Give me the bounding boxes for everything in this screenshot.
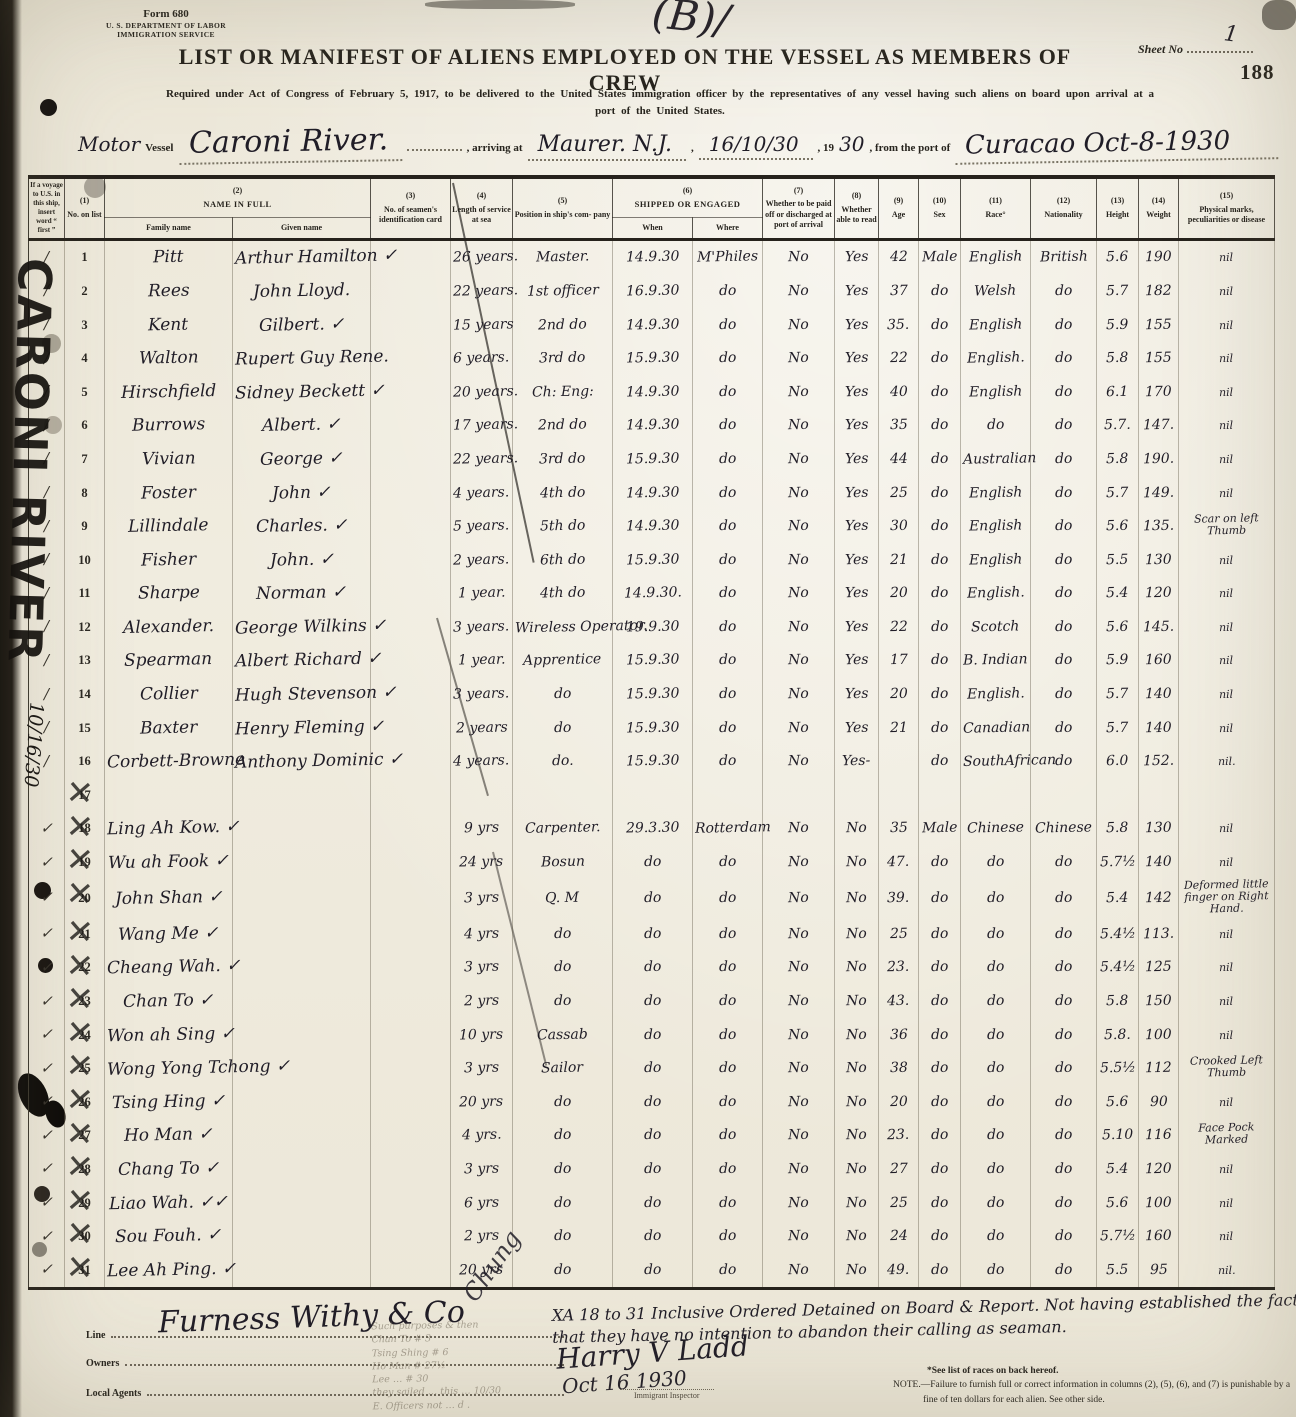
cell-paid: No — [763, 1253, 835, 1288]
header-where: Where — [693, 218, 763, 240]
cell-paid: No — [763, 239, 835, 274]
cell-sex: Male — [919, 239, 961, 274]
cell-read: No — [835, 951, 879, 985]
cell-race: Welsh — [961, 274, 1031, 308]
cell-marks: nil — [1179, 644, 1275, 678]
cell-when: 15.9.30 — [613, 644, 693, 678]
cell-given: Albert Richard ✓ — [233, 644, 371, 678]
table-row: ✓24Won ah Sing ✓10 yrsCassabdodoNoNo36do… — [29, 1018, 1275, 1052]
cell-age: 25 — [879, 476, 919, 510]
cell-position: 6th do — [513, 543, 613, 577]
cell-service: 3 years. — [451, 677, 513, 711]
scan-smudge — [1262, 0, 1296, 30]
cell-nat: Chinese — [1031, 812, 1097, 846]
table-row: ✓19Wu ah Fook ✓24 yrsBosundodoNoNo47.dod… — [29, 845, 1275, 879]
cell-family: Sharpe — [105, 577, 233, 611]
header-given-name: Given name — [233, 218, 371, 240]
cell-card — [371, 543, 451, 577]
cell-paid: No — [763, 1119, 835, 1153]
cell-given — [233, 1119, 371, 1153]
cell-paid: No — [763, 951, 835, 985]
cell-position: Cassab — [513, 1018, 613, 1052]
cell-mark: ✓ — [29, 812, 65, 846]
cell-service: 3 yrs — [451, 879, 513, 917]
header-height: (13)Height — [1097, 177, 1139, 239]
cell-position: 5th do — [513, 509, 613, 543]
cell-where: do — [693, 1186, 763, 1220]
cell-age: 21 — [879, 711, 919, 745]
header-sex: (10)Sex — [919, 177, 961, 239]
cell-family: Vivian — [105, 442, 233, 476]
cell-weight: 112 — [1139, 1051, 1179, 1085]
cell-weight: 116 — [1139, 1119, 1179, 1153]
cell-card — [371, 778, 451, 812]
cell-height: 5.7½ — [1097, 845, 1139, 879]
cell-mark: ✓ — [29, 1152, 65, 1186]
cell-weight: 182 — [1139, 274, 1179, 308]
cell-race: do — [961, 1219, 1031, 1253]
cell-family: Foster — [105, 476, 233, 510]
cell-read: No — [835, 984, 879, 1018]
cell-paid: No — [763, 744, 835, 778]
table-row: ✓31Lee Ah Ping. ✓20 yrsdododoNoNo49.dodo… — [29, 1253, 1275, 1288]
cell-marks: nil — [1179, 917, 1275, 951]
cell-read: Yes — [835, 239, 879, 274]
header-age: (9)Age — [879, 177, 919, 239]
cell-read: Yes — [835, 375, 879, 409]
cell-when: 14.9.30 — [613, 308, 693, 342]
handwritten-annotation: (B)/ — [650, 0, 732, 45]
scan-smudge — [425, 0, 575, 9]
cell-read: Yes — [835, 308, 879, 342]
cell-where: do — [693, 375, 763, 409]
cell-service: 3 years. — [451, 610, 513, 644]
cell-position: do — [513, 1253, 613, 1288]
cell-marks: nil — [1179, 1152, 1275, 1186]
cell-position: Sailor — [513, 1051, 613, 1085]
cell-where: do — [693, 1219, 763, 1253]
cell-sex: do — [919, 845, 961, 879]
cell-age: 25 — [879, 917, 919, 951]
header-id-card: (3)No. of seamen's identification card — [371, 177, 451, 239]
cell-nat: do — [1031, 1119, 1097, 1153]
cell-race: English — [961, 543, 1031, 577]
cell-given — [233, 1186, 371, 1220]
cell-given — [233, 1152, 371, 1186]
arrival-date: 16/10/30 — [699, 132, 813, 160]
cell-when: 15.9.30 — [613, 543, 693, 577]
cell-weight: 160 — [1139, 1219, 1179, 1253]
header-shipped: (6)SHIPPED OR ENGAGED — [613, 177, 763, 218]
cell-height: 5.5 — [1097, 543, 1139, 577]
cell-card — [371, 476, 451, 510]
cell-race: do — [961, 1051, 1031, 1085]
cell-position: do — [513, 984, 613, 1018]
cell-race: do — [961, 917, 1031, 951]
cell-position: do — [513, 1119, 613, 1153]
cell-where: do — [693, 984, 763, 1018]
cell-marks: Face Pock Marked — [1179, 1119, 1275, 1153]
cell-mark: ✓ — [29, 1253, 65, 1288]
cell-race: English. — [961, 677, 1031, 711]
cell-nat: do — [1031, 951, 1097, 985]
cell-weight: 95 — [1139, 1253, 1179, 1288]
vessel-prefix: Motor — [78, 132, 140, 156]
cell-when: 16.9.30 — [613, 274, 693, 308]
cell-paid: No — [763, 1018, 835, 1052]
cell-position: Ch: Eng: — [513, 375, 613, 409]
cell-card — [371, 409, 451, 443]
header-weight: (14)Weight — [1139, 177, 1179, 239]
cell-when: 19.9.30 — [613, 610, 693, 644]
owners-label: Owners — [86, 1358, 119, 1369]
table-row: ✓27Ho Man ✓4 yrs.dododoNoNo23.dododo5.10… — [29, 1119, 1275, 1153]
cell-marks: Scar on left Thumb — [1179, 509, 1275, 543]
cell-given — [233, 984, 371, 1018]
cell-no: 31 — [65, 1253, 105, 1288]
cell-height: 5.5 — [1097, 1253, 1139, 1288]
cell-nat: do — [1031, 1219, 1097, 1253]
cell-height: 5.7. — [1097, 409, 1139, 443]
cell-when: do — [613, 1051, 693, 1085]
cell-height: 5.10 — [1097, 1119, 1139, 1153]
table-row: /8FosterJohn ✓4 years.4th do14.9.30doNoY… — [29, 476, 1275, 510]
cell-marks: nil — [1179, 1018, 1275, 1052]
cell-service: 20 years. — [451, 375, 513, 409]
cell-card — [371, 1119, 451, 1153]
cell-card — [371, 1051, 451, 1085]
cell-race: Scotch — [961, 610, 1031, 644]
cell-height: 6.1 — [1097, 375, 1139, 409]
cell-read: No — [835, 845, 879, 879]
cell-height: 5.7 — [1097, 677, 1139, 711]
cell-card — [371, 812, 451, 846]
line-label: Line — [86, 1330, 105, 1341]
cell-race: English — [961, 308, 1031, 342]
footnote-penalty: NOTE.—Failure to furnish full or correct… — [893, 1378, 1296, 1407]
agency-line2: IMMIGRATION SERVICE — [86, 30, 246, 39]
cell-given — [233, 1085, 371, 1119]
cell-service: 1 year. — [451, 577, 513, 611]
cell-paid: No — [763, 1152, 835, 1186]
header-no-on-list: (1)No. on list — [65, 177, 105, 239]
cell-service: 17 years. — [451, 409, 513, 443]
cell-service: 1 year. — [451, 644, 513, 678]
cell-height — [1097, 778, 1139, 812]
cell-service: 10 yrs — [451, 1018, 513, 1052]
cell-given — [233, 778, 371, 812]
cell-position: 2nd do — [513, 409, 613, 443]
fill-line — [407, 133, 462, 151]
cell-sex: do — [919, 375, 961, 409]
cell-where: do — [693, 917, 763, 951]
cell-weight: 130 — [1139, 543, 1179, 577]
table-row: /1PittArthur Hamilton ✓26 years.Master.1… — [29, 239, 1275, 274]
cell-height: 5.7½ — [1097, 1219, 1139, 1253]
cell-where: do — [693, 711, 763, 745]
cell-weight: 100 — [1139, 1018, 1179, 1052]
table-row: /9LillindaleCharles. ✓5 years.5th do14.9… — [29, 509, 1275, 543]
cell-height: 5.6 — [1097, 610, 1139, 644]
cell-no: 1 — [65, 239, 105, 274]
local-agents-label: Local Agents — [86, 1388, 141, 1399]
cell-family: Lillindale — [105, 509, 233, 543]
cell-weight: 125 — [1139, 951, 1179, 985]
punch-hole — [40, 99, 57, 116]
cell-marks: nil — [1179, 341, 1275, 375]
cell-card — [371, 610, 451, 644]
footnote-races: *See list of races on back hereof. — [893, 1364, 1296, 1378]
cell-nat: do — [1031, 984, 1097, 1018]
cell-card — [371, 577, 451, 611]
cell-where: do — [693, 677, 763, 711]
table-row: /12Alexander.George Wilkins ✓3 years.Wir… — [29, 610, 1275, 644]
cell-nat: do — [1031, 1051, 1097, 1085]
cell-card — [371, 1253, 451, 1288]
cell-paid: No — [763, 1051, 835, 1085]
table-row: ✓28Chang To ✓3 yrsdododoNoNo27dododo5.41… — [29, 1152, 1275, 1186]
cell-given: Gilbert. ✓ — [233, 308, 371, 342]
cell-when: 15.9.30 — [613, 442, 693, 476]
stamp-number: 188 — [1240, 60, 1275, 85]
cell-no: 11 — [65, 577, 105, 611]
cell-read: Yes — [835, 711, 879, 745]
cell-weight: 155 — [1139, 308, 1179, 342]
cell-service: 26 years. — [451, 239, 513, 274]
cell-race: do — [961, 879, 1031, 917]
cell-when: do — [613, 1152, 693, 1186]
cell-service — [451, 778, 513, 812]
cell-weight: 120 — [1139, 1152, 1179, 1186]
cell-height: 5.4½ — [1097, 951, 1139, 985]
table-row: /7VivianGeorge ✓22 years.3rd do15.9.30do… — [29, 442, 1275, 476]
cell-position: 4th do — [513, 476, 613, 510]
cell-nat — [1031, 778, 1097, 812]
cell-marks: nil — [1179, 677, 1275, 711]
cell-weight: 160 — [1139, 644, 1179, 678]
cell-family — [105, 778, 233, 812]
cell-paid: No — [763, 409, 835, 443]
cell-mark: ✓ — [29, 845, 65, 879]
cell-height: 5.8 — [1097, 984, 1139, 1018]
cell-card — [371, 879, 451, 917]
cell-age: 38 — [879, 1051, 919, 1085]
cell-race: B. Indian — [961, 644, 1031, 678]
cell-height: 5.8 — [1097, 812, 1139, 846]
cell-nat: do — [1031, 476, 1097, 510]
cell-no: 13 — [65, 644, 105, 678]
cell-position: do — [513, 1219, 613, 1253]
cell-nat: do — [1031, 879, 1097, 917]
cell-where: do — [693, 845, 763, 879]
cell-service: 6 years. — [451, 341, 513, 375]
cell-height: 5.9 — [1097, 308, 1139, 342]
table-row: /10FisherJohn. ✓2 years.6th do15.9.30doN… — [29, 543, 1275, 577]
cell-height: 5.4 — [1097, 577, 1139, 611]
cell-height: 5.6 — [1097, 239, 1139, 274]
table-row: /6BurrowsAlbert. ✓17 years.2nd do14.9.30… — [29, 409, 1275, 443]
cell-card — [371, 711, 451, 745]
cell-height: 5.8 — [1097, 442, 1139, 476]
header-able-to-read: (8)Whether able to read — [835, 177, 879, 239]
cell-when: 14.9.30 — [613, 476, 693, 510]
cell-read: No — [835, 917, 879, 951]
cell-where: do — [693, 476, 763, 510]
cell-nat: do — [1031, 1253, 1097, 1288]
cell-age: 22 — [879, 610, 919, 644]
cell-no: 12 — [65, 610, 105, 644]
cell-marks: nil — [1179, 239, 1275, 274]
cell-position: do — [513, 677, 613, 711]
cell-weight: 190. — [1139, 442, 1179, 476]
cell-age: 40 — [879, 375, 919, 409]
crew-table-body: /1PittArthur Hamilton ✓26 years.Master.1… — [29, 239, 1275, 1288]
cell-when: do — [613, 1253, 693, 1288]
crew-manifest-table: If a voyage to U.S. in this ship, insert… — [28, 175, 1275, 1290]
cell-height: 6.0 — [1097, 744, 1139, 778]
cell-card — [371, 845, 451, 879]
cell-family: Wong Yong Tchong ✓ — [105, 1051, 233, 1085]
table-row: ✓18Ling Ah Kow. ✓9 yrsCarpenter.29.3.30R… — [29, 812, 1275, 846]
cell-paid: No — [763, 274, 835, 308]
cell-age: 36 — [879, 1018, 919, 1052]
cell-paid: No — [763, 543, 835, 577]
cell-marks: nil — [1179, 476, 1275, 510]
header-marks: (15)Physical marks, peculiarities or dis… — [1179, 177, 1275, 239]
cell-position: do — [513, 711, 613, 745]
cell-age: 35 — [879, 812, 919, 846]
cell-where: do — [693, 577, 763, 611]
cell-given: Norman ✓ — [233, 577, 371, 611]
cell-race — [961, 778, 1031, 812]
cell-sex: do — [919, 442, 961, 476]
table-row: /15BaxterHenry Fleming ✓2 yearsdo15.9.30… — [29, 711, 1275, 745]
table-row: /14CollierHugh Stevenson ✓3 years.do15.9… — [29, 677, 1275, 711]
cell-paid: No — [763, 476, 835, 510]
cell-nat: do — [1031, 341, 1097, 375]
cell-position: Carpenter. — [513, 812, 613, 846]
arrival-port: Maurer. N.J. — [528, 132, 686, 161]
cell-paid: No — [763, 1085, 835, 1119]
form-number: Form 680 — [86, 8, 246, 21]
cell-when: do — [613, 1219, 693, 1253]
cell-age: 35. — [879, 308, 919, 342]
cell-when: 14.9.30 — [613, 375, 693, 409]
cell-age: 22 — [879, 341, 919, 375]
cell-sex: do — [919, 984, 961, 1018]
cell-when: 15.9.30 — [613, 677, 693, 711]
table-row: /5HirschfieldSidney Beckett ✓20 years.Ch… — [29, 375, 1275, 409]
cell-family: Wu ah Fook ✓ — [105, 845, 233, 879]
cell-sex: do — [919, 711, 961, 745]
cell-read: Yes — [835, 677, 879, 711]
cell-when: do — [613, 1186, 693, 1220]
sheet-label: Sheet No — [1138, 42, 1183, 57]
cell-weight — [1139, 778, 1179, 812]
year-value: 30 — [839, 132, 864, 156]
cell-position: do. — [513, 744, 613, 778]
cell-sex: do — [919, 1018, 961, 1052]
cell-nat: do — [1031, 1186, 1097, 1220]
cell-card — [371, 341, 451, 375]
cell-marks: nil — [1179, 442, 1275, 476]
cell-position: do — [513, 1152, 613, 1186]
cell-given: Hugh Stevenson ✓ — [233, 677, 371, 711]
cell-family: Lee Ah Ping. ✓ — [105, 1253, 233, 1288]
cell-position: 1st officer — [513, 274, 613, 308]
cell-given: John Lloyd. — [233, 274, 371, 308]
cell-family: Sou Fouh. ✓ — [105, 1219, 233, 1253]
cell-mark: ✓ — [29, 951, 65, 985]
cell-given — [233, 1018, 371, 1052]
cell-mark: ✓ — [29, 1085, 65, 1119]
cell-card — [371, 1186, 451, 1220]
cell-paid: No — [763, 879, 835, 917]
cell-where: do — [693, 1018, 763, 1052]
cell-where: do — [693, 509, 763, 543]
cell-card — [371, 442, 451, 476]
cell-sex: do — [919, 1186, 961, 1220]
cell-card — [371, 375, 451, 409]
cell-card — [371, 509, 451, 543]
cell-given: Rupert Guy Rene. — [233, 341, 371, 375]
cell-paid: No — [763, 845, 835, 879]
cell-nat: do — [1031, 917, 1097, 951]
cell-service: 2 yrs — [451, 984, 513, 1018]
cell-marks: nil — [1179, 409, 1275, 443]
cell-height: 5.7 — [1097, 476, 1139, 510]
cell-height: 5.6 — [1097, 509, 1139, 543]
cell-age: 47. — [879, 845, 919, 879]
cell-position: Apprentice — [513, 644, 613, 678]
cell-read: Yes — [835, 409, 879, 443]
cell-mark: ✓ — [29, 879, 65, 917]
header-first-voyage: If a voyage to U.S. in this ship, insert… — [29, 177, 65, 239]
cell-family: Ling Ah Kow. ✓ — [105, 812, 233, 846]
cell-nat: do — [1031, 711, 1097, 745]
cell-race: do — [961, 1018, 1031, 1052]
sheet-number: Sheet No — [1138, 42, 1288, 57]
cell-height: 5.7 — [1097, 274, 1139, 308]
cell-where: do — [693, 879, 763, 917]
cell-sex: do — [919, 1085, 961, 1119]
cell-height: 5.5½ — [1097, 1051, 1139, 1085]
cell-marks: Crooked Left Thumb — [1179, 1051, 1275, 1085]
cell-sex: do — [919, 1051, 961, 1085]
cell-card — [371, 677, 451, 711]
cell-no: 14 — [65, 677, 105, 711]
cell-read: No — [835, 1051, 879, 1085]
cell-where: do — [693, 409, 763, 443]
header-name-in-full: (2)NAME IN FULL — [105, 177, 371, 218]
cell-paid: No — [763, 509, 835, 543]
cell-family: Hirschfield — [105, 375, 233, 409]
cell-marks: nil — [1179, 1219, 1275, 1253]
cell-paid: No — [763, 341, 835, 375]
cell-nat: do — [1031, 1085, 1097, 1119]
cell-race: do — [961, 845, 1031, 879]
cell-age: 23. — [879, 1119, 919, 1153]
cell-card — [371, 951, 451, 985]
cell-position: 3rd do — [513, 442, 613, 476]
cell-nat: do — [1031, 409, 1097, 443]
cell-age: 23. — [879, 951, 919, 985]
cell-given: Anthony Dominic ✓ — [233, 744, 371, 778]
year-label: , 19 — [818, 142, 835, 154]
cell-family: Alexander. — [105, 610, 233, 644]
cell-height: 5.8. — [1097, 1018, 1139, 1052]
cell-when: 29.3.30 — [613, 812, 693, 846]
